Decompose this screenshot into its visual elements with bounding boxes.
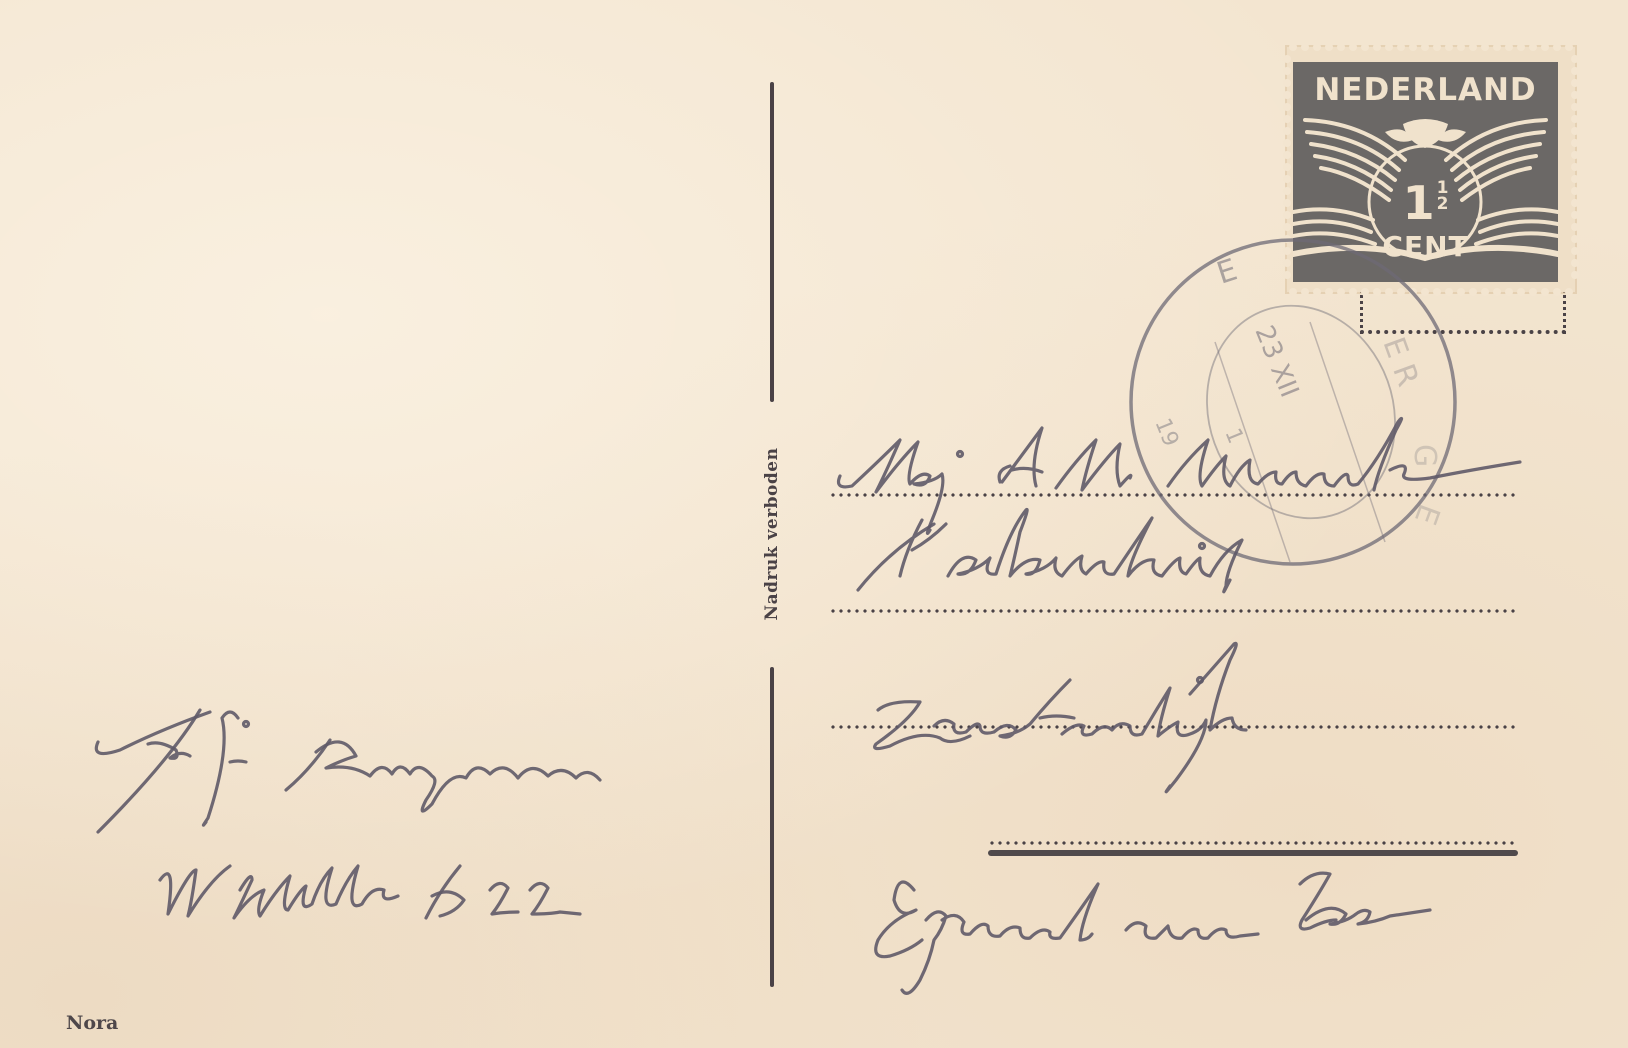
- divider-line-top: [770, 82, 774, 402]
- divider-text: Nadruk verboden: [762, 448, 782, 621]
- address-underline: [988, 850, 1518, 856]
- stamp-value-whole: 1: [1403, 176, 1435, 230]
- svg-text:19: 19: [1149, 415, 1183, 450]
- address-line-3: [829, 725, 1517, 729]
- sender-line-1: Afz. J. Bruysman: [90, 730, 98, 731]
- address-line-1: [829, 493, 1517, 497]
- recipient-line-1: Mej. A. M. Wannink: [840, 470, 850, 471]
- stamp-placement-box: [1360, 290, 1566, 334]
- publisher-mark: Nora: [66, 1012, 118, 1034]
- stamp-country: NEDERLAND: [1293, 72, 1558, 108]
- stamp-value-fraction: 12: [1437, 180, 1449, 212]
- recipient-line-3: Zwartendijk: [900, 700, 906, 701]
- divider-line-bottom: [770, 667, 774, 987]
- address-line-4: [988, 841, 1518, 845]
- sender-line-2: W. Molller B 22: [150, 880, 158, 881]
- svg-text:E R: E R: [1375, 333, 1425, 391]
- recipient-line-2: Kolonehuis: [880, 580, 886, 581]
- postmark-town-letter: E: [1213, 252, 1242, 291]
- address-line-2: [829, 609, 1517, 613]
- postcard: Nadruk verboden Nora: [0, 0, 1628, 1048]
- sender-handwriting: [80, 690, 680, 950]
- svg-text:E: E: [1407, 499, 1446, 529]
- stamp-value: 112: [1293, 180, 1558, 226]
- recipient-line-5: Egmond aan Zee: [900, 930, 909, 931]
- svg-text:1: 1: [1219, 425, 1247, 447]
- svg-text:G: G: [1407, 444, 1442, 467]
- postmark-date: 23 XII: [1249, 321, 1305, 401]
- stamp-unit: CENT: [1293, 230, 1558, 263]
- stamp-printed-area: NEDERLAND 112 CENT: [1293, 62, 1558, 282]
